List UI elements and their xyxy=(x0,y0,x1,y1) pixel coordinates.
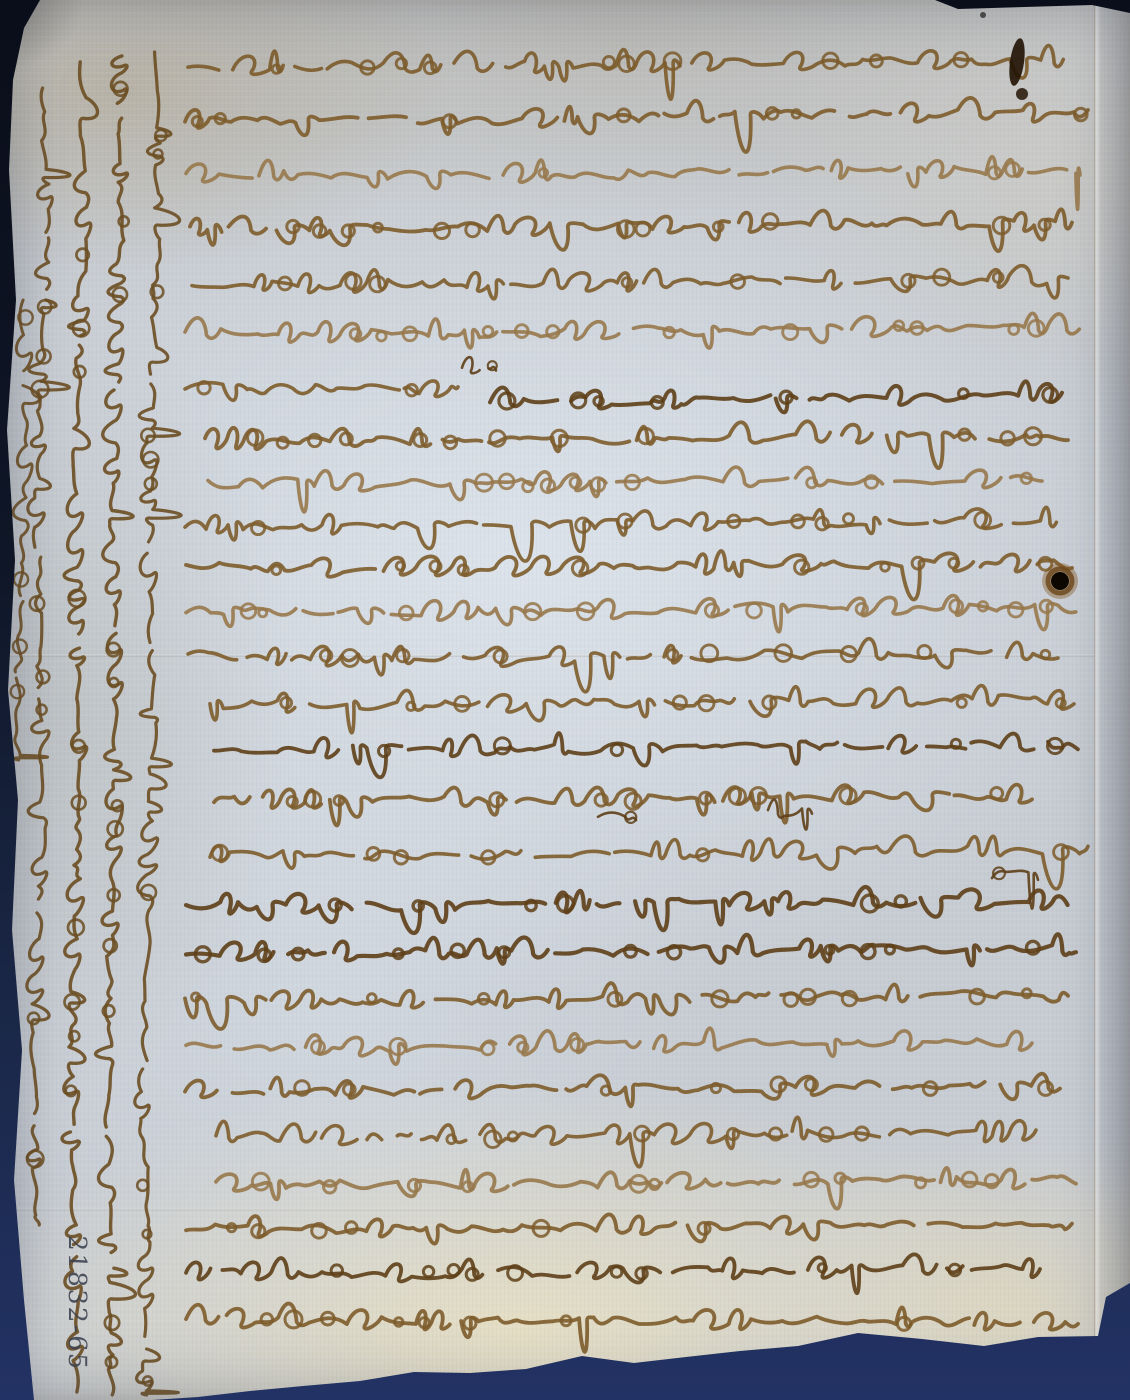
paper-sheet: 21832-65 xyxy=(0,0,1130,1400)
manuscript-photo: 21832-65 xyxy=(0,0,1130,1400)
paper-vignette xyxy=(0,0,1130,1400)
